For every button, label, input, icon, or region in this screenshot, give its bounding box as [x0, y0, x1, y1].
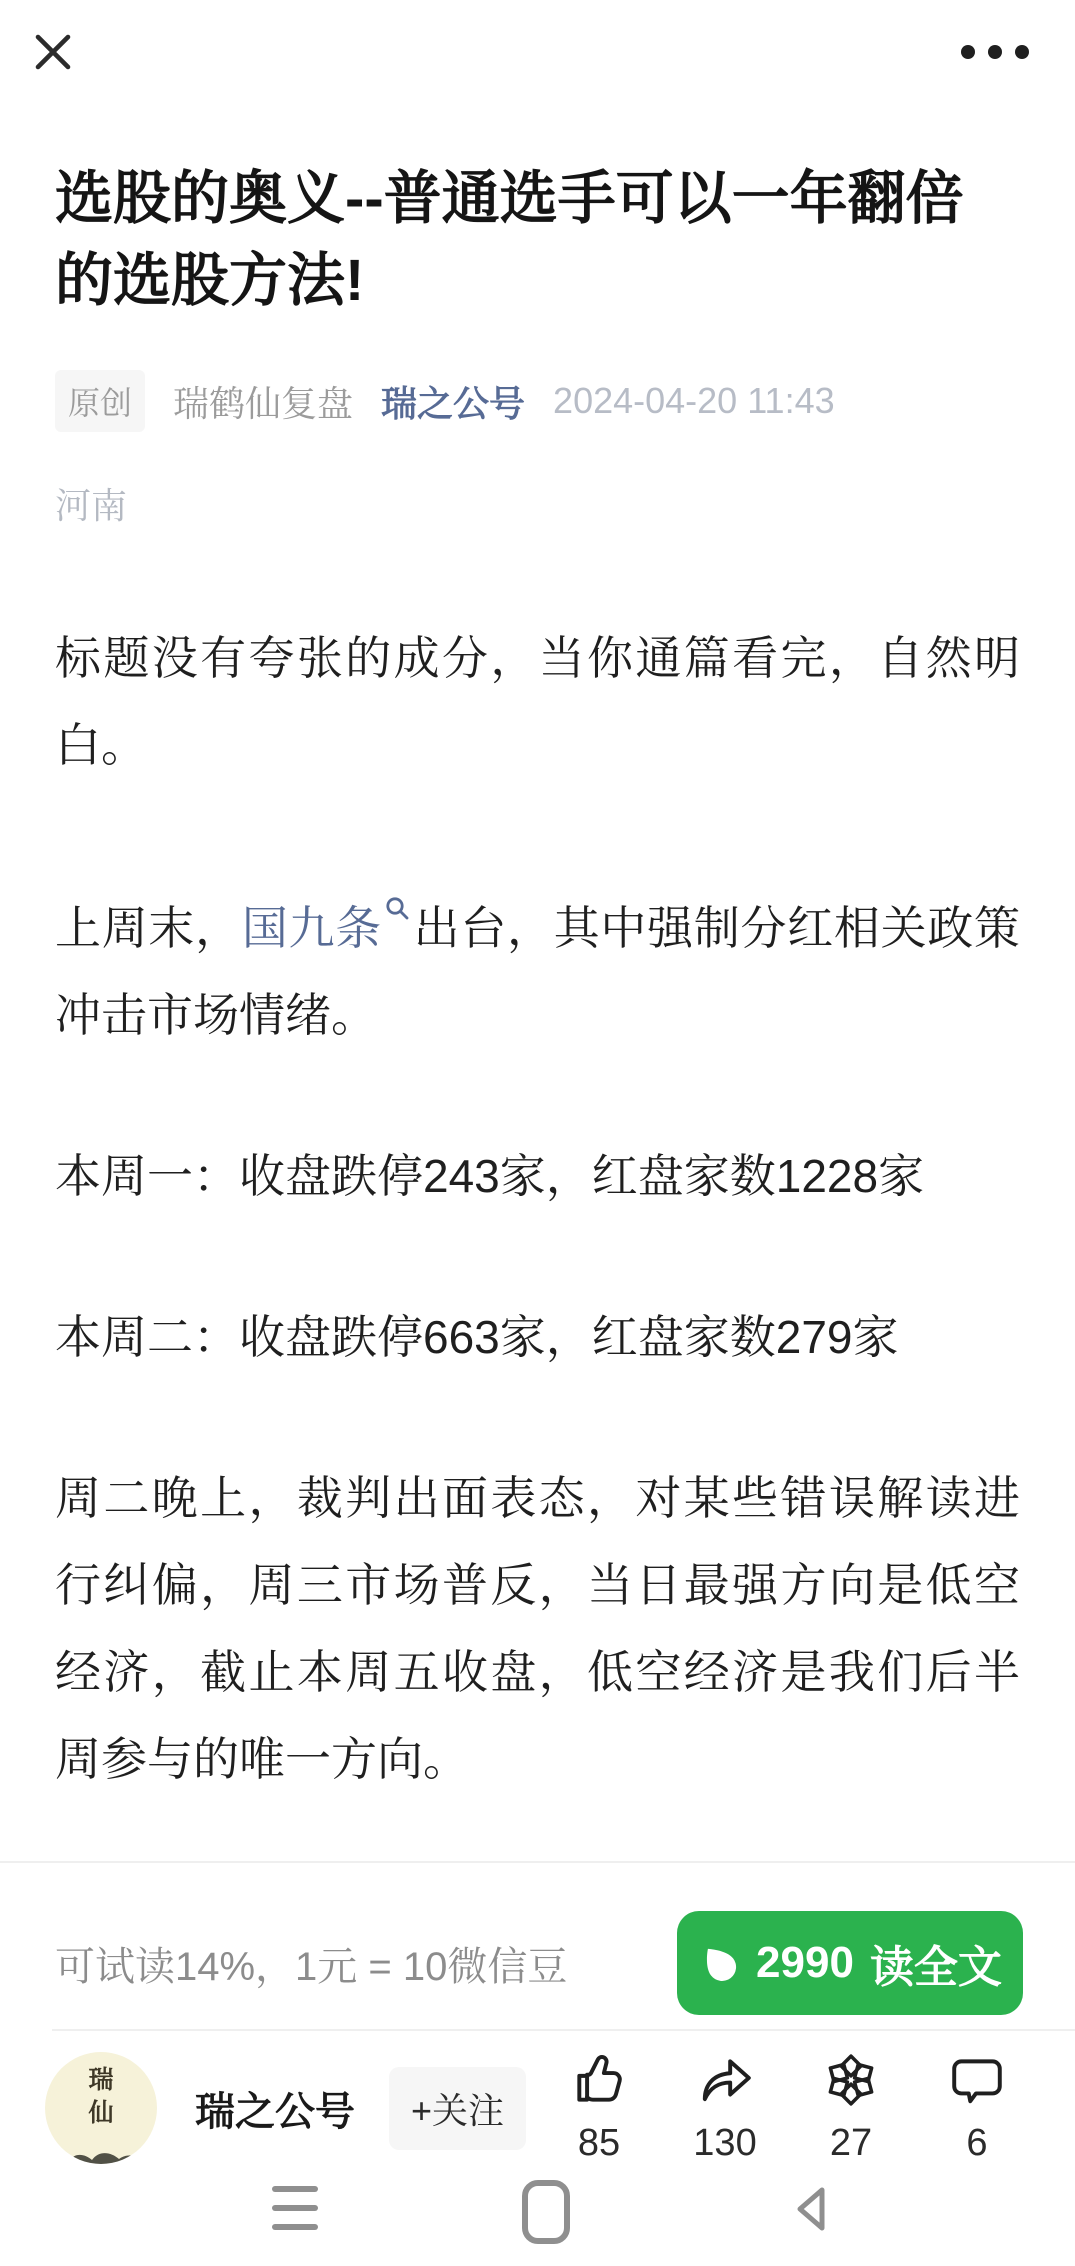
paragraph: 本周一：收盘跌停243家，红盘家数1228家: [55, 1133, 1020, 1220]
footer-account-name[interactable]: 瑞之公号: [195, 2080, 355, 2137]
read-full-count: 2990: [756, 1938, 854, 1988]
article-meta: 原创 瑞鹤仙复盘 瑞之公号 2024-04-20 11:43 河南: [55, 370, 1020, 529]
wow-flower-icon: [822, 2051, 880, 2114]
paragraph-text: 上周末，: [55, 902, 242, 954]
trial-notice: 可试读14%，1元 = 10微信豆: [55, 1935, 567, 1992]
author-name[interactable]: 瑞鹤仙复盘: [173, 376, 353, 427]
close-icon[interactable]: [30, 29, 76, 75]
article-title: 选股的奥义--普通选手可以一年翻倍的选股方法!: [55, 158, 1020, 322]
search-icon[interactable]: [384, 880, 411, 932]
account-link[interactable]: 瑞之公号: [381, 376, 525, 427]
paywall-bar: 可试读14%，1元 = 10微信豆 2990 读全文: [0, 1861, 1075, 2029]
nav-menu-icon[interactable]: [272, 2186, 318, 2230]
comment-icon: [948, 2051, 1006, 2114]
paragraph: 标题没有夸张的成分，当你通篇看完，自然明白。: [55, 615, 1020, 789]
android-nav-bar: [0, 2140, 1075, 2266]
more-menu-icon[interactable]: [957, 35, 1033, 69]
original-tag: 原创: [55, 370, 145, 432]
publish-location: 河南: [55, 478, 1020, 529]
read-full-label: 读全文: [870, 1931, 1002, 1995]
article-body: 选股的奥义--普通选手可以一年翻倍的选股方法! 原创 瑞鹤仙复盘 瑞之公号 20…: [0, 158, 1075, 1803]
thumbs-up-icon: [570, 2051, 628, 2114]
read-full-button[interactable]: 2990 读全文: [677, 1911, 1023, 2015]
publish-datetime: 2024-04-20 11:43: [553, 380, 835, 422]
follow-button[interactable]: +关注: [389, 2067, 526, 2150]
wechat-bean-icon: [698, 1942, 740, 1984]
topic-link[interactable]: 国九条: [242, 902, 382, 954]
paragraph: 周二晚上，裁判出面表态，对某些错误解读进行纠偏，周三市场普反，当日最强方向是低空…: [55, 1455, 1020, 1803]
paragraph: 本周二：收盘跌停663家，红盘家数279家: [55, 1294, 1020, 1381]
nav-home-icon[interactable]: [522, 2180, 570, 2244]
paragraph: 上周末，国九条出台，其中强制分红相关政策冲击市场情绪。: [55, 863, 1020, 1059]
top-bar: [0, 0, 1075, 86]
share-icon: [696, 2051, 754, 2114]
nav-back-icon[interactable]: [788, 2182, 834, 2241]
avatar-calligraphy: 瑞 仙: [88, 2068, 113, 2126]
